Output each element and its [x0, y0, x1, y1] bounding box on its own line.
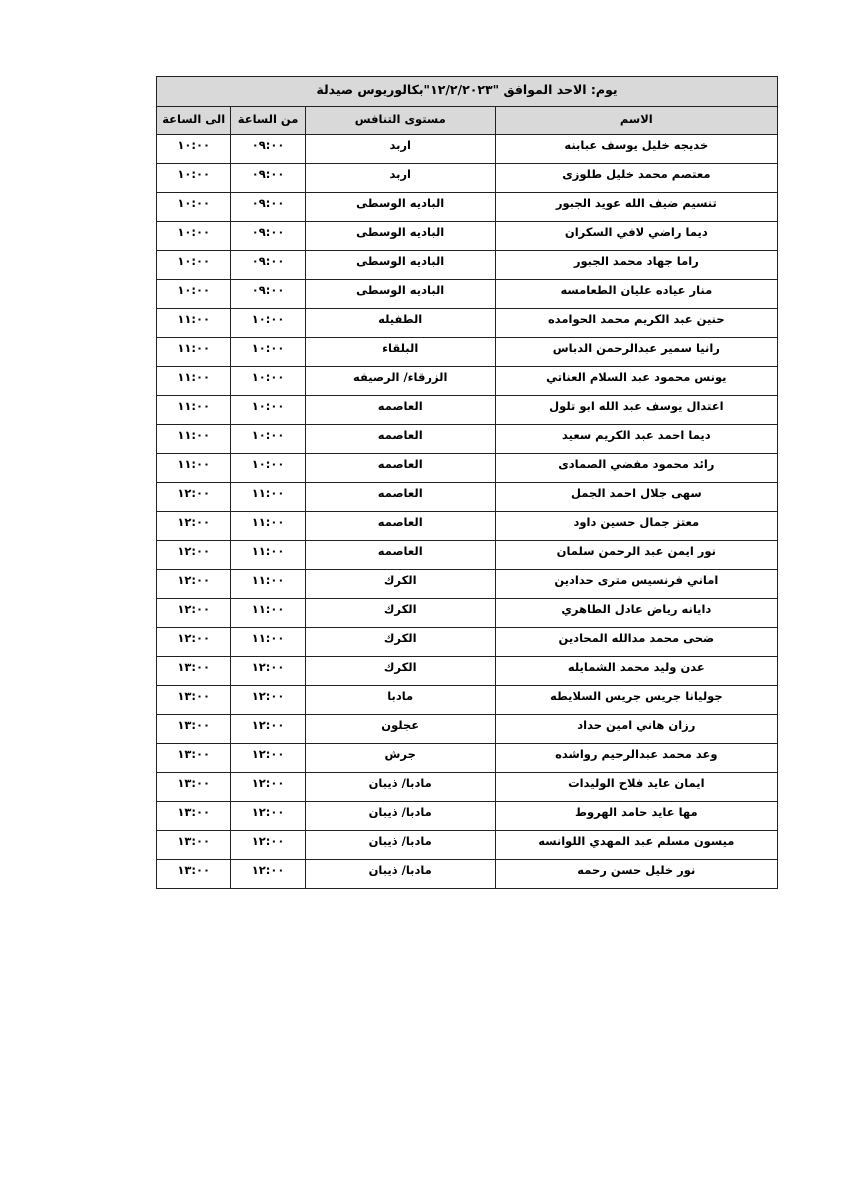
- table-row: حنين عبد الكريم محمد الحوامدهالطفيله١٠:٠…: [157, 309, 778, 338]
- cell-level: جرش: [305, 744, 495, 773]
- cell-name: دايانه رياض عادل الطاهري: [495, 599, 777, 628]
- cell-from-time: ١٢:٠٠: [231, 686, 305, 715]
- cell-from-time: ١٢:٠٠: [231, 802, 305, 831]
- cell-name: رائد محمود مفضي الصمادى: [495, 454, 777, 483]
- cell-name: حنين عبد الكريم محمد الحوامده: [495, 309, 777, 338]
- table-row: عدن وليد محمد الشمايلهالكرك١٢:٠٠١٣:٠٠: [157, 657, 778, 686]
- cell-level: مادبا/ ذيبان: [305, 773, 495, 802]
- cell-level: الكرك: [305, 570, 495, 599]
- cell-to-time: ١٠:٠٠: [157, 135, 231, 164]
- cell-level: البلقاء: [305, 338, 495, 367]
- cell-level: الكرك: [305, 599, 495, 628]
- cell-to-time: ١٠:٠٠: [157, 193, 231, 222]
- cell-to-time: ١٠:٠٠: [157, 251, 231, 280]
- cell-level: العاصمه: [305, 512, 495, 541]
- cell-to-time: ١٠:٠٠: [157, 280, 231, 309]
- cell-name: اماني فرنسيس مترى حدادين: [495, 570, 777, 599]
- table-row: رائد محمود مفضي الصمادىالعاصمه١٠:٠٠١١:٠٠: [157, 454, 778, 483]
- cell-level: العاصمه: [305, 396, 495, 425]
- table-row: خديجه خليل يوسف عبابنهاربد٠٩:٠٠١٠:٠٠: [157, 135, 778, 164]
- cell-from-time: ١٢:٠٠: [231, 744, 305, 773]
- cell-from-time: ١٢:٠٠: [231, 773, 305, 802]
- cell-name: وعد محمد عبدالرحيم رواشده: [495, 744, 777, 773]
- table-row: نور خليل حسن رحمهمادبا/ ذيبان١٢:٠٠١٣:٠٠: [157, 860, 778, 889]
- cell-to-time: ١١:٠٠: [157, 338, 231, 367]
- cell-from-time: ١٠:٠٠: [231, 425, 305, 454]
- cell-level: العاصمه: [305, 541, 495, 570]
- cell-level: عجلون: [305, 715, 495, 744]
- table-row: ديما راضي لافي السكرانالباديه الوسطى٠٩:٠…: [157, 222, 778, 251]
- cell-from-time: ٠٩:٠٠: [231, 193, 305, 222]
- cell-from-time: ١٢:٠٠: [231, 860, 305, 889]
- table-row: يونس محمود عبد السلام العناتيالزرقاء/ ال…: [157, 367, 778, 396]
- cell-name: رانيا سمير عبدالرحمن الدباس: [495, 338, 777, 367]
- cell-level: اربد: [305, 164, 495, 193]
- table-row: نور ايمن عبد الرحمن سلمانالعاصمه١١:٠٠١٢:…: [157, 541, 778, 570]
- table-row: ديما احمد عبد الكريم سعيدالعاصمه١٠:٠٠١١:…: [157, 425, 778, 454]
- cell-name: ضحى محمد مدالله المحادين: [495, 628, 777, 657]
- cell-level: الباديه الوسطى: [305, 222, 495, 251]
- cell-name: تنسيم ضيف الله عويد الجبور: [495, 193, 777, 222]
- table-row: اعتدال يوسف عبد الله ابو تلولالعاصمه١٠:٠…: [157, 396, 778, 425]
- cell-from-time: ٠٩:٠٠: [231, 164, 305, 193]
- table-row: تنسيم ضيف الله عويد الجبورالباديه الوسطى…: [157, 193, 778, 222]
- table-row: سهى جلال احمد الجملالعاصمه١١:٠٠١٢:٠٠: [157, 483, 778, 512]
- table-row: ميسون مسلم عبد المهدي اللوانسهمادبا/ ذيب…: [157, 831, 778, 860]
- cell-from-time: ١١:٠٠: [231, 628, 305, 657]
- cell-to-time: ١٢:٠٠: [157, 541, 231, 570]
- cell-name: راما جهاد محمد الجبور: [495, 251, 777, 280]
- cell-to-time: ١٢:٠٠: [157, 483, 231, 512]
- cell-to-time: ١٠:٠٠: [157, 164, 231, 193]
- table-row: جوليانا جريس جريس السلايطهمادبا١٢:٠٠١٣:٠…: [157, 686, 778, 715]
- cell-from-time: ١٠:٠٠: [231, 367, 305, 396]
- cell-from-time: ١٠:٠٠: [231, 396, 305, 425]
- cell-to-time: ١١:٠٠: [157, 367, 231, 396]
- column-header-to: الى الساعة: [157, 107, 231, 135]
- cell-name: ديما راضي لافي السكران: [495, 222, 777, 251]
- cell-to-time: ١٣:٠٠: [157, 744, 231, 773]
- cell-from-time: ١٠:٠٠: [231, 309, 305, 338]
- table-row: ايمان عايد فلاح الوليداتمادبا/ ذيبان١٢:٠…: [157, 773, 778, 802]
- cell-name: معتصم محمد خليل طلوزى: [495, 164, 777, 193]
- cell-level: الطفيله: [305, 309, 495, 338]
- table-row: معتز جمال حسين داودالعاصمه١١:٠٠١٢:٠٠: [157, 512, 778, 541]
- cell-level: الزرقاء/ الرصيفه: [305, 367, 495, 396]
- column-header-row: الاسم مستوى التنافس من الساعة الى الساعة: [157, 107, 778, 135]
- cell-level: العاصمه: [305, 483, 495, 512]
- cell-to-time: ١٣:٠٠: [157, 831, 231, 860]
- cell-name: خديجه خليل يوسف عبابنه: [495, 135, 777, 164]
- cell-from-time: ١٠:٠٠: [231, 338, 305, 367]
- cell-from-time: ٠٩:٠٠: [231, 135, 305, 164]
- table-row: اماني فرنسيس مترى حدادينالكرك١١:٠٠١٢:٠٠: [157, 570, 778, 599]
- cell-to-time: ١٣:٠٠: [157, 773, 231, 802]
- cell-name: عدن وليد محمد الشمايله: [495, 657, 777, 686]
- column-header-from: من الساعة: [231, 107, 305, 135]
- cell-from-time: ١١:٠٠: [231, 512, 305, 541]
- cell-level: مادبا/ ذيبان: [305, 860, 495, 889]
- column-header-level: مستوى التنافس: [305, 107, 495, 135]
- table-row: منار عياده عليان الطعامسهالباديه الوسطى٠…: [157, 280, 778, 309]
- cell-to-time: ١٣:٠٠: [157, 657, 231, 686]
- table-row: معتصم محمد خليل طلوزىاربد٠٩:٠٠١٠:٠٠: [157, 164, 778, 193]
- cell-to-time: ١١:٠٠: [157, 396, 231, 425]
- cell-from-time: ٠٩:٠٠: [231, 251, 305, 280]
- cell-name: نور خليل حسن رحمه: [495, 860, 777, 889]
- cell-from-time: ٠٩:٠٠: [231, 280, 305, 309]
- cell-name: اعتدال يوسف عبد الله ابو تلول: [495, 396, 777, 425]
- cell-name: رزان هاني امين حداد: [495, 715, 777, 744]
- table-row: ضحى محمد مدالله المحادينالكرك١١:٠٠١٢:٠٠: [157, 628, 778, 657]
- cell-level: العاصمه: [305, 425, 495, 454]
- table-row: رزان هاني امين حدادعجلون١٢:٠٠١٣:٠٠: [157, 715, 778, 744]
- column-header-name: الاسم: [495, 107, 777, 135]
- cell-from-time: ١١:٠٠: [231, 541, 305, 570]
- cell-name: معتز جمال حسين داود: [495, 512, 777, 541]
- table-row: رانيا سمير عبدالرحمن الدباسالبلقاء١٠:٠٠١…: [157, 338, 778, 367]
- cell-from-time: ١٠:٠٠: [231, 454, 305, 483]
- cell-to-time: ١٢:٠٠: [157, 570, 231, 599]
- cell-to-time: ١٢:٠٠: [157, 512, 231, 541]
- cell-name: سهى جلال احمد الجمل: [495, 483, 777, 512]
- schedule-title: يوم: الاحد الموافق "١٢/٢/٢٠٢٣"بكالوريوس …: [157, 77, 778, 107]
- cell-from-time: ١١:٠٠: [231, 483, 305, 512]
- cell-to-time: ١٢:٠٠: [157, 628, 231, 657]
- cell-name: جوليانا جريس جريس السلايطه: [495, 686, 777, 715]
- cell-name: ديما احمد عبد الكريم سعيد: [495, 425, 777, 454]
- cell-to-time: ١٣:٠٠: [157, 860, 231, 889]
- cell-to-time: ١٣:٠٠: [157, 686, 231, 715]
- cell-from-time: ١١:٠٠: [231, 599, 305, 628]
- cell-from-time: ١٢:٠٠: [231, 831, 305, 860]
- cell-level: الكرك: [305, 628, 495, 657]
- cell-level: الباديه الوسطى: [305, 251, 495, 280]
- cell-name: ايمان عايد فلاح الوليدات: [495, 773, 777, 802]
- table-row: راما جهاد محمد الجبورالباديه الوسطى٠٩:٠٠…: [157, 251, 778, 280]
- cell-to-time: ١٣:٠٠: [157, 715, 231, 744]
- cell-level: مادبا/ ذيبان: [305, 831, 495, 860]
- cell-level: مادبا: [305, 686, 495, 715]
- cell-level: مادبا/ ذيبان: [305, 802, 495, 831]
- cell-name: نور ايمن عبد الرحمن سلمان: [495, 541, 777, 570]
- cell-level: الباديه الوسطى: [305, 193, 495, 222]
- cell-from-time: ١٢:٠٠: [231, 715, 305, 744]
- cell-from-time: ١٢:٠٠: [231, 657, 305, 686]
- cell-from-time: ٠٩:٠٠: [231, 222, 305, 251]
- cell-level: الكرك: [305, 657, 495, 686]
- cell-name: يونس محمود عبد السلام العناتي: [495, 367, 777, 396]
- title-row: يوم: الاحد الموافق "١٢/٢/٢٠٢٣"بكالوريوس …: [157, 77, 778, 107]
- cell-to-time: ١١:٠٠: [157, 309, 231, 338]
- table-row: وعد محمد عبدالرحيم رواشدهجرش١٢:٠٠١٣:٠٠: [157, 744, 778, 773]
- table-row: مها عايد حامد الهروطمادبا/ ذيبان١٢:٠٠١٣:…: [157, 802, 778, 831]
- cell-to-time: ١١:٠٠: [157, 454, 231, 483]
- cell-name: ميسون مسلم عبد المهدي اللوانسه: [495, 831, 777, 860]
- cell-level: اربد: [305, 135, 495, 164]
- cell-to-time: ١١:٠٠: [157, 425, 231, 454]
- cell-to-time: ١٠:٠٠: [157, 222, 231, 251]
- cell-to-time: ١٢:٠٠: [157, 599, 231, 628]
- schedule-table: يوم: الاحد الموافق "١٢/٢/٢٠٢٣"بكالوريوس …: [156, 76, 778, 889]
- cell-level: العاصمه: [305, 454, 495, 483]
- cell-to-time: ١٣:٠٠: [157, 802, 231, 831]
- table-row: دايانه رياض عادل الطاهريالكرك١١:٠٠١٢:٠٠: [157, 599, 778, 628]
- cell-name: منار عياده عليان الطعامسه: [495, 280, 777, 309]
- cell-name: مها عايد حامد الهروط: [495, 802, 777, 831]
- cell-from-time: ١١:٠٠: [231, 570, 305, 599]
- cell-level: الباديه الوسطى: [305, 280, 495, 309]
